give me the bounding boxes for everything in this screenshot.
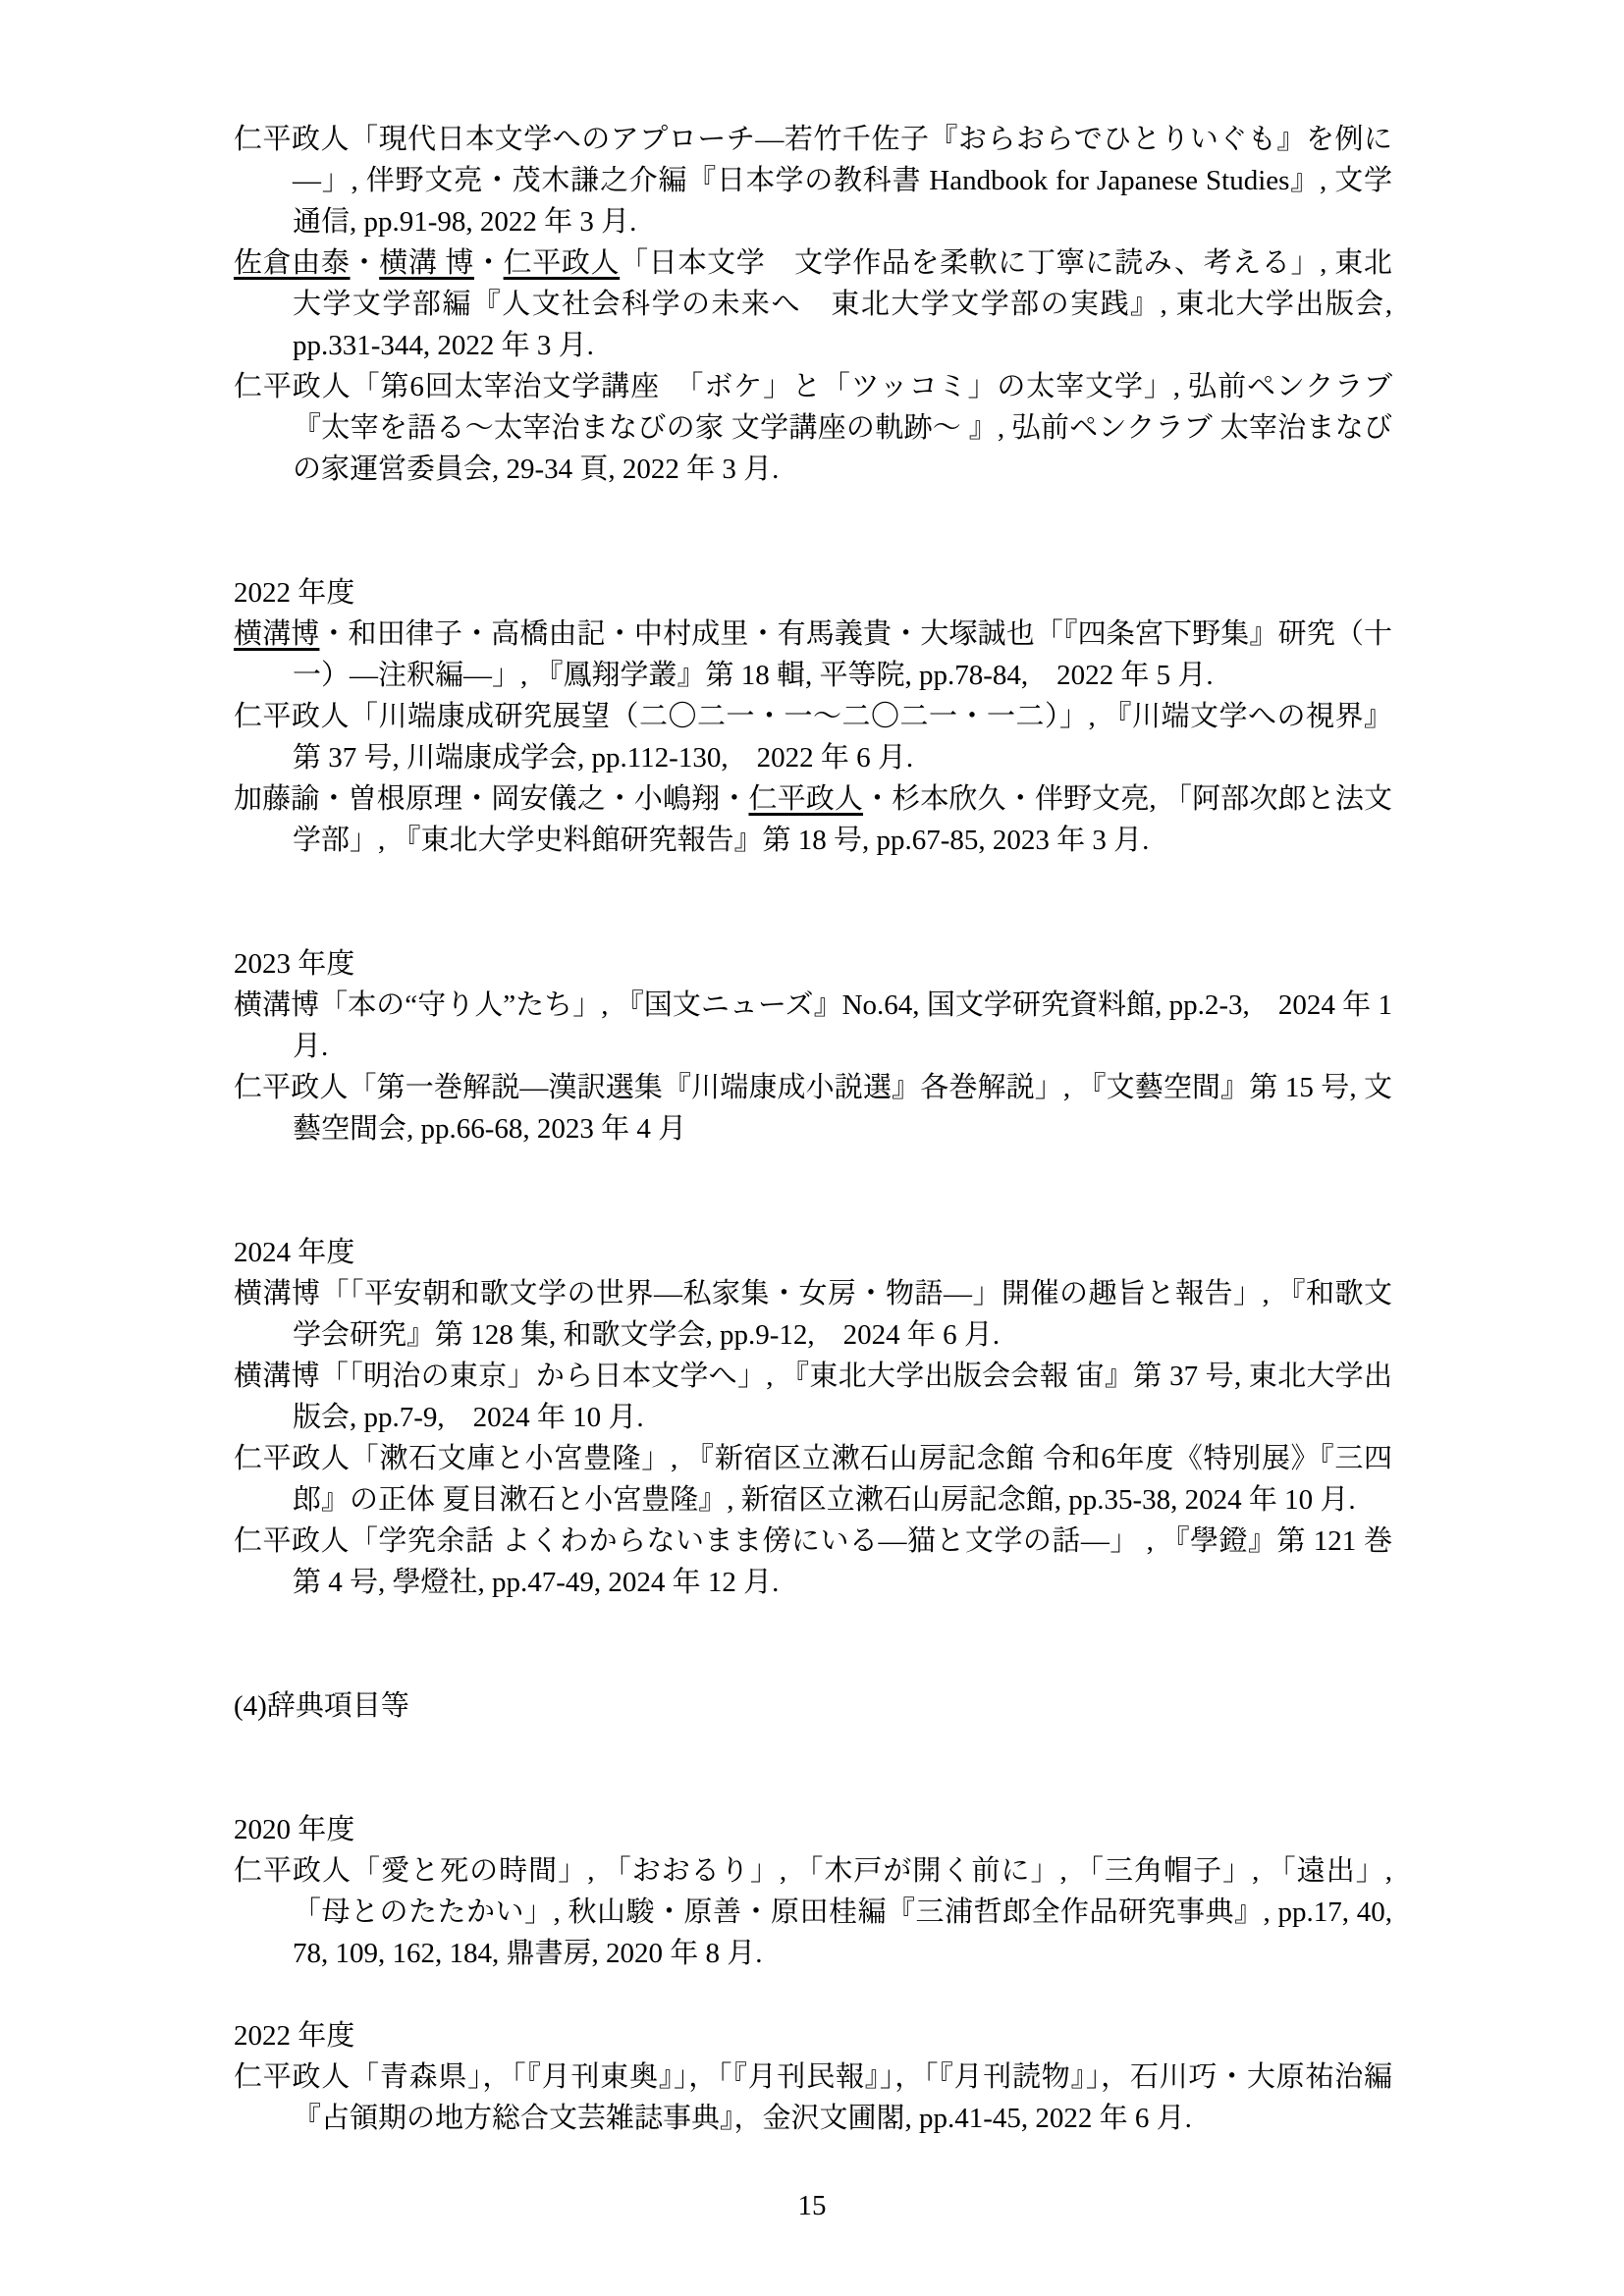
section: 2022 年度仁平政人「青森県」，「『月刊東奥』」，「『月刊民報』」，「『月刊読… [234, 2015, 1392, 2139]
section-heading: 2022 年度 [234, 572, 1392, 614]
publication-entry: 仁平政人「第一巻解説―漢訳選集『川端康成小説選』各巻解説」, 『文藝空間』第 1… [234, 1067, 1392, 1149]
section-heading: 2024 年度 [234, 1232, 1392, 1273]
publication-entry: 仁平政人「青森県」，「『月刊東奥』」，「『月刊民報』」，「『月刊読物』」，石川巧… [234, 2056, 1392, 2139]
section-heading: 2023 年度 [234, 943, 1392, 985]
section: 2023 年度横溝博「本の“守り人”たち」, 『国文ニューズ』No.64, 国文… [234, 943, 1392, 1149]
publication-entry: 仁平政人「漱石文庫と小宮豊隆」, 『新宿区立漱石山房記念館 令和6年度《特別展》… [234, 1438, 1392, 1521]
underlined-author: 横溝博 [234, 618, 319, 650]
section: 仁平政人「現代日本文学へのアプローチ―若竹千佐子『おらおらでひとりいぐも』を例に… [234, 119, 1392, 490]
publication-entry: 横溝博「本の“守り人”たち」, 『国文ニューズ』No.64, 国文学研究資料館,… [234, 985, 1392, 1067]
publication-entry: 仁平政人「愛と死の時間」, 「おおるり」, 「木戸が開く前に」, 「三角帽子」,… [234, 1850, 1392, 1974]
page-number: 15 [0, 2185, 1624, 2226]
publication-list: 仁平政人「現代日本文学へのアプローチ―若竹千佐子『おらおらでひとりいぐも』を例に… [234, 119, 1392, 2139]
section-heading: (4)辞典項目等 [234, 1685, 1392, 1727]
section-heading: 2020 年度 [234, 1809, 1392, 1850]
section: (4)辞典項目等 [234, 1685, 1392, 1727]
underlined-author: 仁平政人 [504, 247, 621, 279]
publication-entry: 横溝博・和田律子・高橋由記・中村成里・有馬義貴・大塚誠也「『四条宮下野集』研究（… [234, 614, 1392, 696]
underlined-author: 横溝 博 [379, 247, 474, 279]
publication-entry: 加藤諭・曽根原理・岡安儀之・小嶋翔・仁平政人・杉本欣久・伴野文亮, 「阿部次郎と… [234, 778, 1392, 861]
section-heading: 2022 年度 [234, 2015, 1392, 2056]
publication-entry: 仁平政人「第6回太宰治文学講座 「ボケ」と「ツッコミ」の太宰文学」, 弘前ペンク… [234, 366, 1392, 490]
section: 2024 年度横溝博「「平安朝和歌文学の世界―私家集・女房・物語―」開催の趣旨と… [234, 1232, 1392, 1603]
publication-entry: 佐倉由泰・横溝 博・仁平政人「日本文学 文学作品を柔軟に丁寧に読み、考える」, … [234, 242, 1392, 366]
section: 2020 年度仁平政人「愛と死の時間」, 「おおるり」, 「木戸が開く前に」, … [234, 1809, 1392, 1974]
publication-entry: 仁平政人「川端康成研究展望（二〇二一・一〜二〇二一・一二）」, 『川端文学への視… [234, 696, 1392, 778]
underlined-author: 佐倉由泰 [234, 247, 351, 279]
underlined-author: 仁平政人 [748, 783, 863, 815]
publication-entry: 仁平政人「現代日本文学へのアプローチ―若竹千佐子『おらおらでひとりいぐも』を例に… [234, 119, 1392, 242]
publication-entry: 横溝博「「明治の東京」から日本文学へ」, 『東北大学出版会会報 宙』第 37 号… [234, 1356, 1392, 1438]
document-page: 仁平政人「現代日本文学へのアプローチ―若竹千佐子『おらおらでひとりいぐも』を例に… [0, 0, 1624, 2296]
section: 2022 年度横溝博・和田律子・高橋由記・中村成里・有馬義貴・大塚誠也「『四条宮… [234, 572, 1392, 861]
publication-entry: 横溝博「「平安朝和歌文学の世界―私家集・女房・物語―」開催の趣旨と報告」, 『和… [234, 1273, 1392, 1356]
publication-entry: 仁平政人「学究余話 よくわからないまま傍にいる―猫と文学の話―」 , 『學鐙』第… [234, 1521, 1392, 1603]
